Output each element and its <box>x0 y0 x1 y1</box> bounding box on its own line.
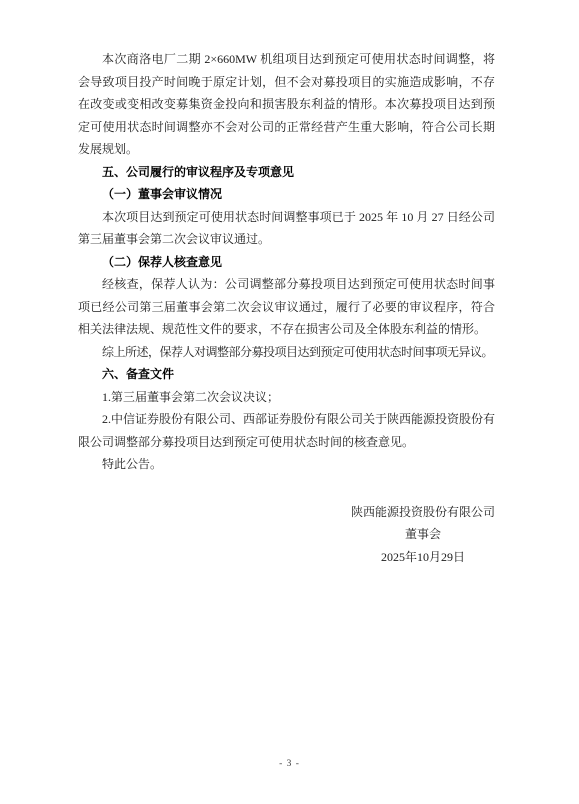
reference-item-1: 1.第三届董事会第二次会议决议； <box>78 386 495 409</box>
signature-company: 陕西能源投资股份有限公司 <box>351 501 495 524</box>
signature-inner: 陕西能源投资股份有限公司 董事会 2025年10月29日 <box>351 501 495 569</box>
paragraph-impact-statement: 本次商洛电厂二期 2×660MW 机组项目达到预定可使用状态时间调整，将会导致项… <box>78 48 495 161</box>
section-5-sub-1-heading: （一）董事会审议情况 <box>78 183 495 206</box>
paragraph-sponsor-conclusion: 综上所述，保荐人对调整部分募投项目达到预定可使用状态时间事项无异议。 <box>78 341 495 364</box>
paragraph-board-review: 本次项目达到预定可使用状态时间调整事项已于 2025 年 10 月 27 日经公… <box>78 206 495 251</box>
closing-statement: 特此公告。 <box>78 453 495 476</box>
signature-signer: 董事会 <box>351 523 495 546</box>
section-5-sub-2-heading: （二）保荐人核查意见 <box>78 251 495 274</box>
section-6-heading: 六、备查文件 <box>78 363 495 386</box>
document-content: 本次商洛电厂二期 2×660MW 机组项目达到预定可使用状态时间调整，将会导致项… <box>0 0 579 568</box>
reference-item-2: 2.中信证券股份有限公司、西部证券股份有限公司关于陕西能源投资股份有限公司调整部… <box>78 408 495 453</box>
section-5-heading: 五、公司履行的审议程序及专项意见 <box>78 161 495 184</box>
signature-date: 2025年10月29日 <box>351 546 495 569</box>
signature-block: 陕西能源投资股份有限公司 董事会 2025年10月29日 <box>78 501 495 569</box>
document-page: 本次商洛电厂二期 2×660MW 机组项目达到预定可使用状态时间调整，将会导致项… <box>0 0 579 804</box>
page-number: - 3 - <box>0 758 579 770</box>
paragraph-sponsor-opinion: 经核查，保荐人认为：公司调整部分募投项目达到预定可使用状态时间事项已经公司第三届… <box>78 273 495 341</box>
